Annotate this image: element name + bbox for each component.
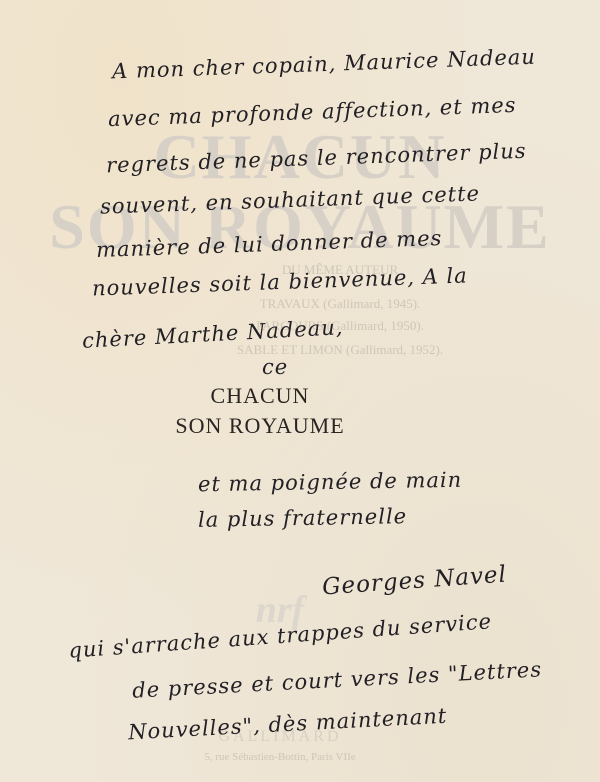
printed-title-line-2: SON ROYAUME: [0, 413, 560, 439]
postscript-line-2: de presse et court vers les "Lettres: [132, 657, 543, 702]
dedication-line-8: ce: [262, 355, 288, 379]
printed-title-line-1: CHACUN: [0, 383, 560, 409]
dedication-line-1: A mon cher copain, Maurice Nadeau: [112, 45, 537, 84]
book-title-page: CHACUN SON ROYAUME DU MÊME AUTEUR TRAVAU…: [0, 0, 600, 782]
closing-line-1: et ma poignée de main: [198, 468, 463, 497]
publisher-address: 5, rue Sébastien-Bottin, Paris VIIe: [0, 751, 580, 763]
closing-line-2: la plus fraternelle: [198, 504, 407, 532]
